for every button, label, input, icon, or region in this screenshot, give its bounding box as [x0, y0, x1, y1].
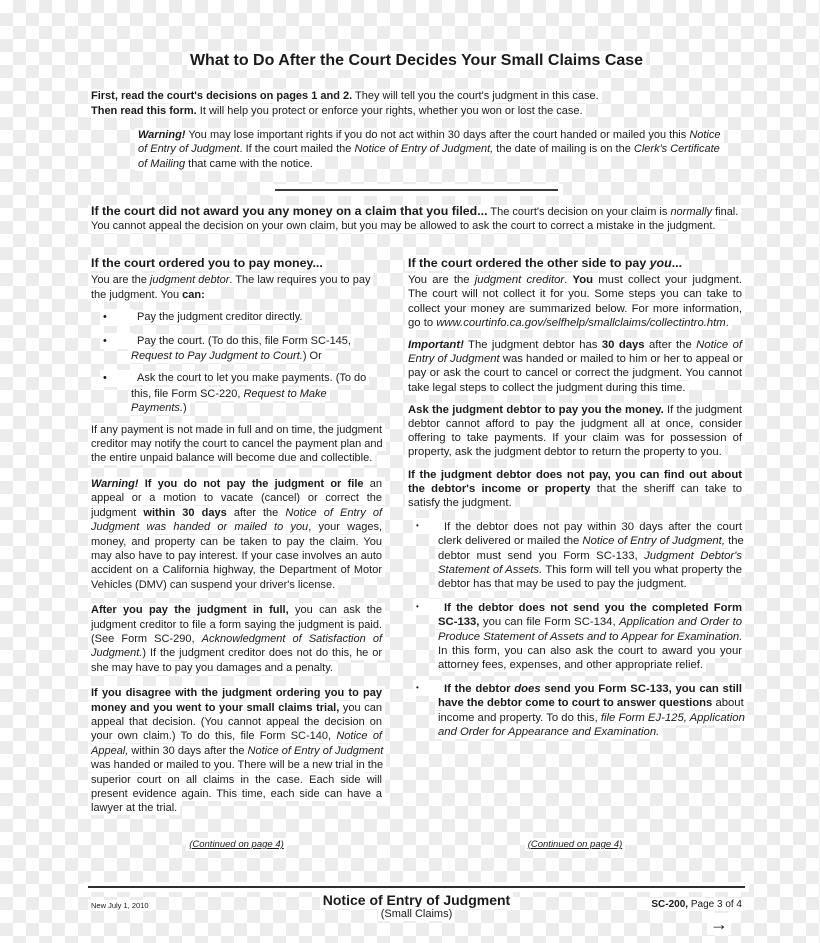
page-footer: New July 1, 2010 Notice of Entry of Judg… — [88, 886, 745, 939]
form-subtitle-text: (Small Claims) — [378, 907, 456, 921]
next-page-arrow-glyph: → — [707, 913, 731, 935]
two-column-area: If the court ordered you to pay money...… — [88, 256, 745, 856]
form-number: SC-200, Page 3 of 4 — [648, 898, 745, 912]
right-column-heading-text: If the court ordered the other side to p… — [405, 255, 685, 271]
intro-line-1: First, read the court's decisions on pag… — [88, 89, 745, 103]
left-column-heading: If the court ordered you to pay money... — [88, 256, 385, 270]
right-continued-note: (Continued on page 4) — [405, 838, 745, 852]
warning-note: Warning! You may lose important rights i… — [135, 128, 723, 171]
list-item: •Pay the court. (To do this, file Form S… — [88, 333, 385, 364]
no-award-section: If the court did not award you any money… — [88, 204, 745, 234]
bullet-icon: • — [413, 680, 441, 696]
page-title-text: What to Do After the Court Decides Your … — [187, 51, 646, 70]
list-item: •Ask the court to let you make payments.… — [88, 370, 385, 415]
bullet-icon: • — [413, 518, 441, 534]
right-column: If the court ordered the other side to p… — [405, 256, 745, 856]
list-item: •If the debtor does not pay within 30 da… — [405, 518, 745, 591]
left-continued-note: (Continued on page 4) — [88, 838, 385, 852]
list-item-text: Pay the court. (To do this, file Form SC… — [128, 334, 354, 363]
important-text: Important! The judgment debtor has 30 da… — [405, 338, 746, 395]
right-lead-paragraph: You are the judgment creditor. You must … — [405, 273, 745, 330]
divider-line — [275, 189, 558, 191]
right-column-heading: If the court ordered the other side to p… — [405, 256, 745, 270]
right-continued-text: (Continued on page 4) — [525, 838, 626, 851]
form-revision-date: New July 1, 2010 — [88, 899, 152, 913]
ask-debtor-text: Ask the judgment debtor to pay you the m… — [405, 403, 745, 460]
paid-in-full-text: After you pay the judgment in full, you … — [88, 603, 385, 675]
list-item-text: If the debtor does not pay within 30 day… — [435, 520, 747, 591]
form-subtitle: (Small Claims) — [88, 907, 745, 921]
left-lead-text: You are the judgment debtor. The law req… — [88, 273, 373, 301]
document-page: What to Do After the Court Decides Your … — [0, 0, 820, 943]
section-divider — [88, 181, 745, 195]
left-continued-text: (Continued on page 4) — [186, 838, 287, 851]
form-title-text: Notice of Entry of Judgment — [320, 891, 513, 909]
important-paragraph: Important! The judgment debtor has 30 da… — [405, 338, 745, 395]
appeal-paragraph: If you disagree with the judgment orderi… — [88, 686, 385, 816]
next-page-arrow-icon: → — [707, 917, 731, 931]
list-item-text: Ask the court to let you make payments. … — [128, 371, 369, 415]
page-number-label: Page 3 of 4 — [688, 899, 742, 910]
bullet-icon: • — [100, 370, 134, 386]
bullet-icon: • — [100, 309, 134, 325]
paid-in-full-paragraph: After you pay the judgment in full, you … — [88, 603, 385, 675]
nonpayment-warning-text: Warning! If you do not pay the judgment … — [88, 477, 385, 592]
left-column-heading-text: If the court ordered you to pay money... — [88, 255, 326, 271]
form-number-text: SC-200, Page 3 of 4 — [648, 898, 745, 911]
list-item: •Pay the judgment creditor directly. — [88, 309, 385, 325]
payment-plan-paragraph: If any payment is not made in full and o… — [88, 423, 385, 466]
find-out-text: If the judgment debtor does not pay, you… — [405, 468, 745, 510]
bullet-icon: • — [413, 599, 441, 615]
nonpayment-warning-paragraph: Warning! If you do not pay the judgment … — [88, 477, 385, 592]
no-award-text: If the court did not award you any money… — [88, 205, 741, 233]
list-item: •If the debtor does send you Form SC-133… — [405, 680, 745, 739]
footer-row: New July 1, 2010 Notice of Entry of Judg… — [88, 893, 745, 939]
payment-plan-text: If any payment is not made in full and o… — [88, 423, 386, 466]
appeal-text: If you disagree with the judgment orderi… — [88, 686, 386, 815]
ask-debtor-paragraph: Ask the judgment debtor to pay you the m… — [405, 403, 745, 460]
page-title: What to Do After the Court Decides Your … — [88, 54, 745, 68]
intro-line-1-text: First, read the court's decisions on pag… — [88, 89, 602, 103]
footer-rule — [88, 886, 745, 888]
form-revision-text: New July 1, 2010 — [88, 900, 152, 911]
form-title: Notice of Entry of Judgment — [88, 893, 745, 907]
list-item-text: If the debtor does send you Form SC-133,… — [435, 682, 748, 739]
intro-paragraph: First, read the court's decisions on pag… — [88, 89, 745, 119]
find-out-paragraph: If the judgment debtor does not pay, you… — [405, 468, 745, 511]
intro-line-2: Then read this form. It will help you pr… — [88, 104, 745, 118]
list-item-text: If the debtor does not send you the comp… — [435, 601, 745, 672]
bullet-icon: • — [100, 333, 134, 349]
right-lead-text: You are the judgment creditor. You must … — [405, 273, 745, 330]
form-number-code: SC-200, — [651, 899, 688, 910]
list-item: •If the debtor does not send you the com… — [405, 599, 745, 672]
footer-center: Notice of Entry of Judgment (Small Claim… — [88, 893, 745, 922]
left-lead-paragraph: You are the judgment debtor. The law req… — [88, 273, 385, 302]
list-item-text: Pay the judgment creditor directly. — [134, 310, 305, 324]
intro-line-2-text: Then read this form. It will help you pr… — [88, 104, 586, 118]
warning-note-text: Warning! You may lose important rights i… — [135, 128, 724, 171]
left-column: If the court ordered you to pay money...… — [88, 256, 385, 856]
